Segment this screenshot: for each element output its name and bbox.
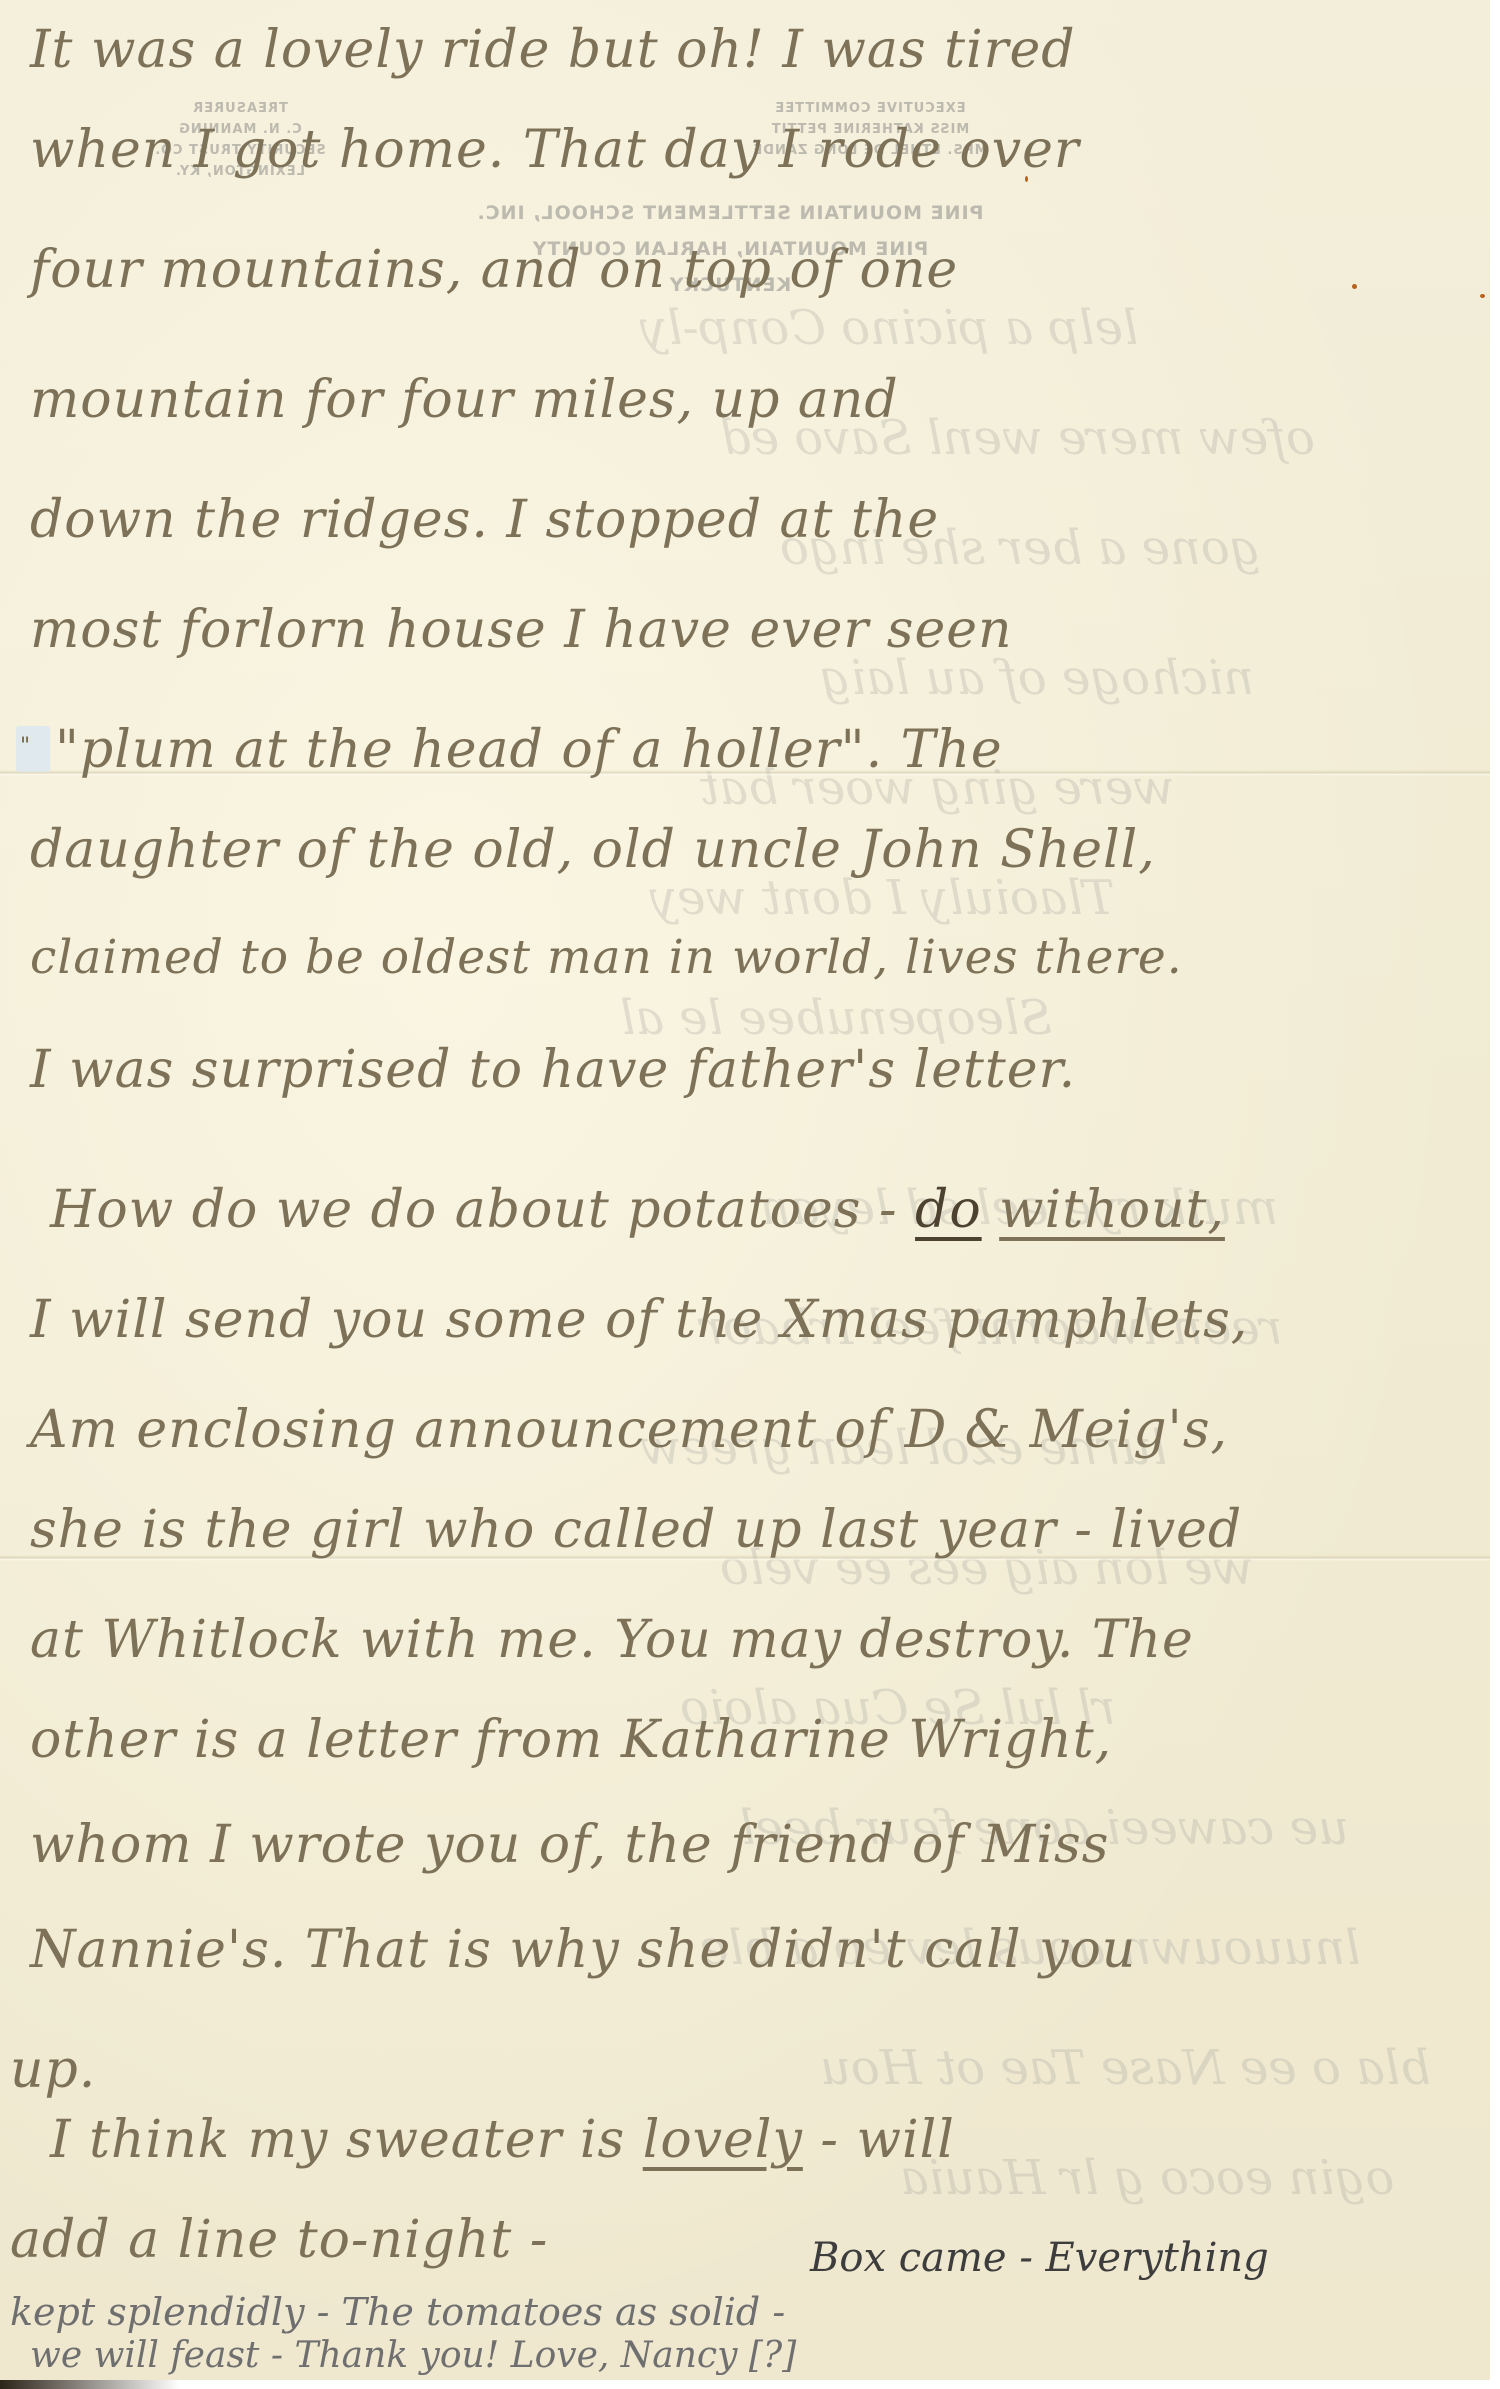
letter-line: daughter of the old, old uncle John Shel… [30,820,1470,880]
postscript-line: we will feast - Thank you! Love, Nancy [… [30,2335,796,2376]
letter-line: I will send you some of the Xmas pamphle… [30,1290,1470,1350]
letter-line: when I got home. That day I rode over [30,120,1470,180]
underlined-word: do [915,1180,982,1240]
letter-line: mountain for four miles, up and [30,370,1470,430]
letter-line: most forlorn house I have ever seen [30,600,1470,660]
letter-line: other is a letter from Katharine Wright, [30,1710,1470,1770]
ghost-text: lelp a picino Conp-ly [640,300,1138,356]
underlined-word: without, [999,1180,1225,1240]
letter-line: "plum at the head of a holler". The [55,720,1495,780]
letter-text: How do we do about potatoes - [50,1180,915,1240]
postscript-line: kept splendidly - The tomatoes as solid … [10,2290,785,2334]
committee-title: EXECUTIVE COMMITTEE [740,98,1000,119]
letter-line: It was a lovely ride but oh! I was tired [30,20,1470,80]
letter-line: claimed to be oldest man in world, lives… [30,930,1470,985]
paper-shadow [0,2380,180,2389]
letter-text: I think my sweater is [50,2110,643,2170]
underlined-word: lovely [643,2110,803,2170]
letter-line: four mountains, and on top of one [30,240,1470,300]
letter-line: at Whitlock with me. You may destroy. Th… [30,1610,1470,1670]
organization-name: PINE MOUNTAIN SETTLEMENT SCHOOL, INC. [350,195,1110,231]
rust-speck [1480,294,1485,298]
letter-line: whom I wrote you of, the friend of Miss [30,1815,1470,1875]
postscript-line: Box came - Everything [810,2235,1269,2281]
letter-text: - will [803,2110,955,2170]
letter-line: Nannie's. That is why she didn't call yo… [30,1920,1470,1980]
letter-line: up. [10,2040,1450,2100]
margin-quote-mark: " [16,726,50,772]
letter-line: she is the girl who called up last year … [30,1500,1470,1560]
letter-line: Am enclosing announcement of D & Meig's, [30,1400,1470,1460]
letter-line: How do we do about potatoes - do without… [50,1180,1490,1240]
ghost-text: Sleopenubee le al [620,990,1052,1046]
letter-line: I think my sweater is lovely - will [50,2110,1490,2170]
letter-paper: TREASURER C. N. MANNING SECURITY TRUST C… [0,0,1490,2380]
treasurer-title: TREASURER [110,98,370,119]
letter-line: down the ridges. I stopped at the [30,490,1470,550]
letter-line: I was surprised to have father's letter. [30,1040,1470,1100]
